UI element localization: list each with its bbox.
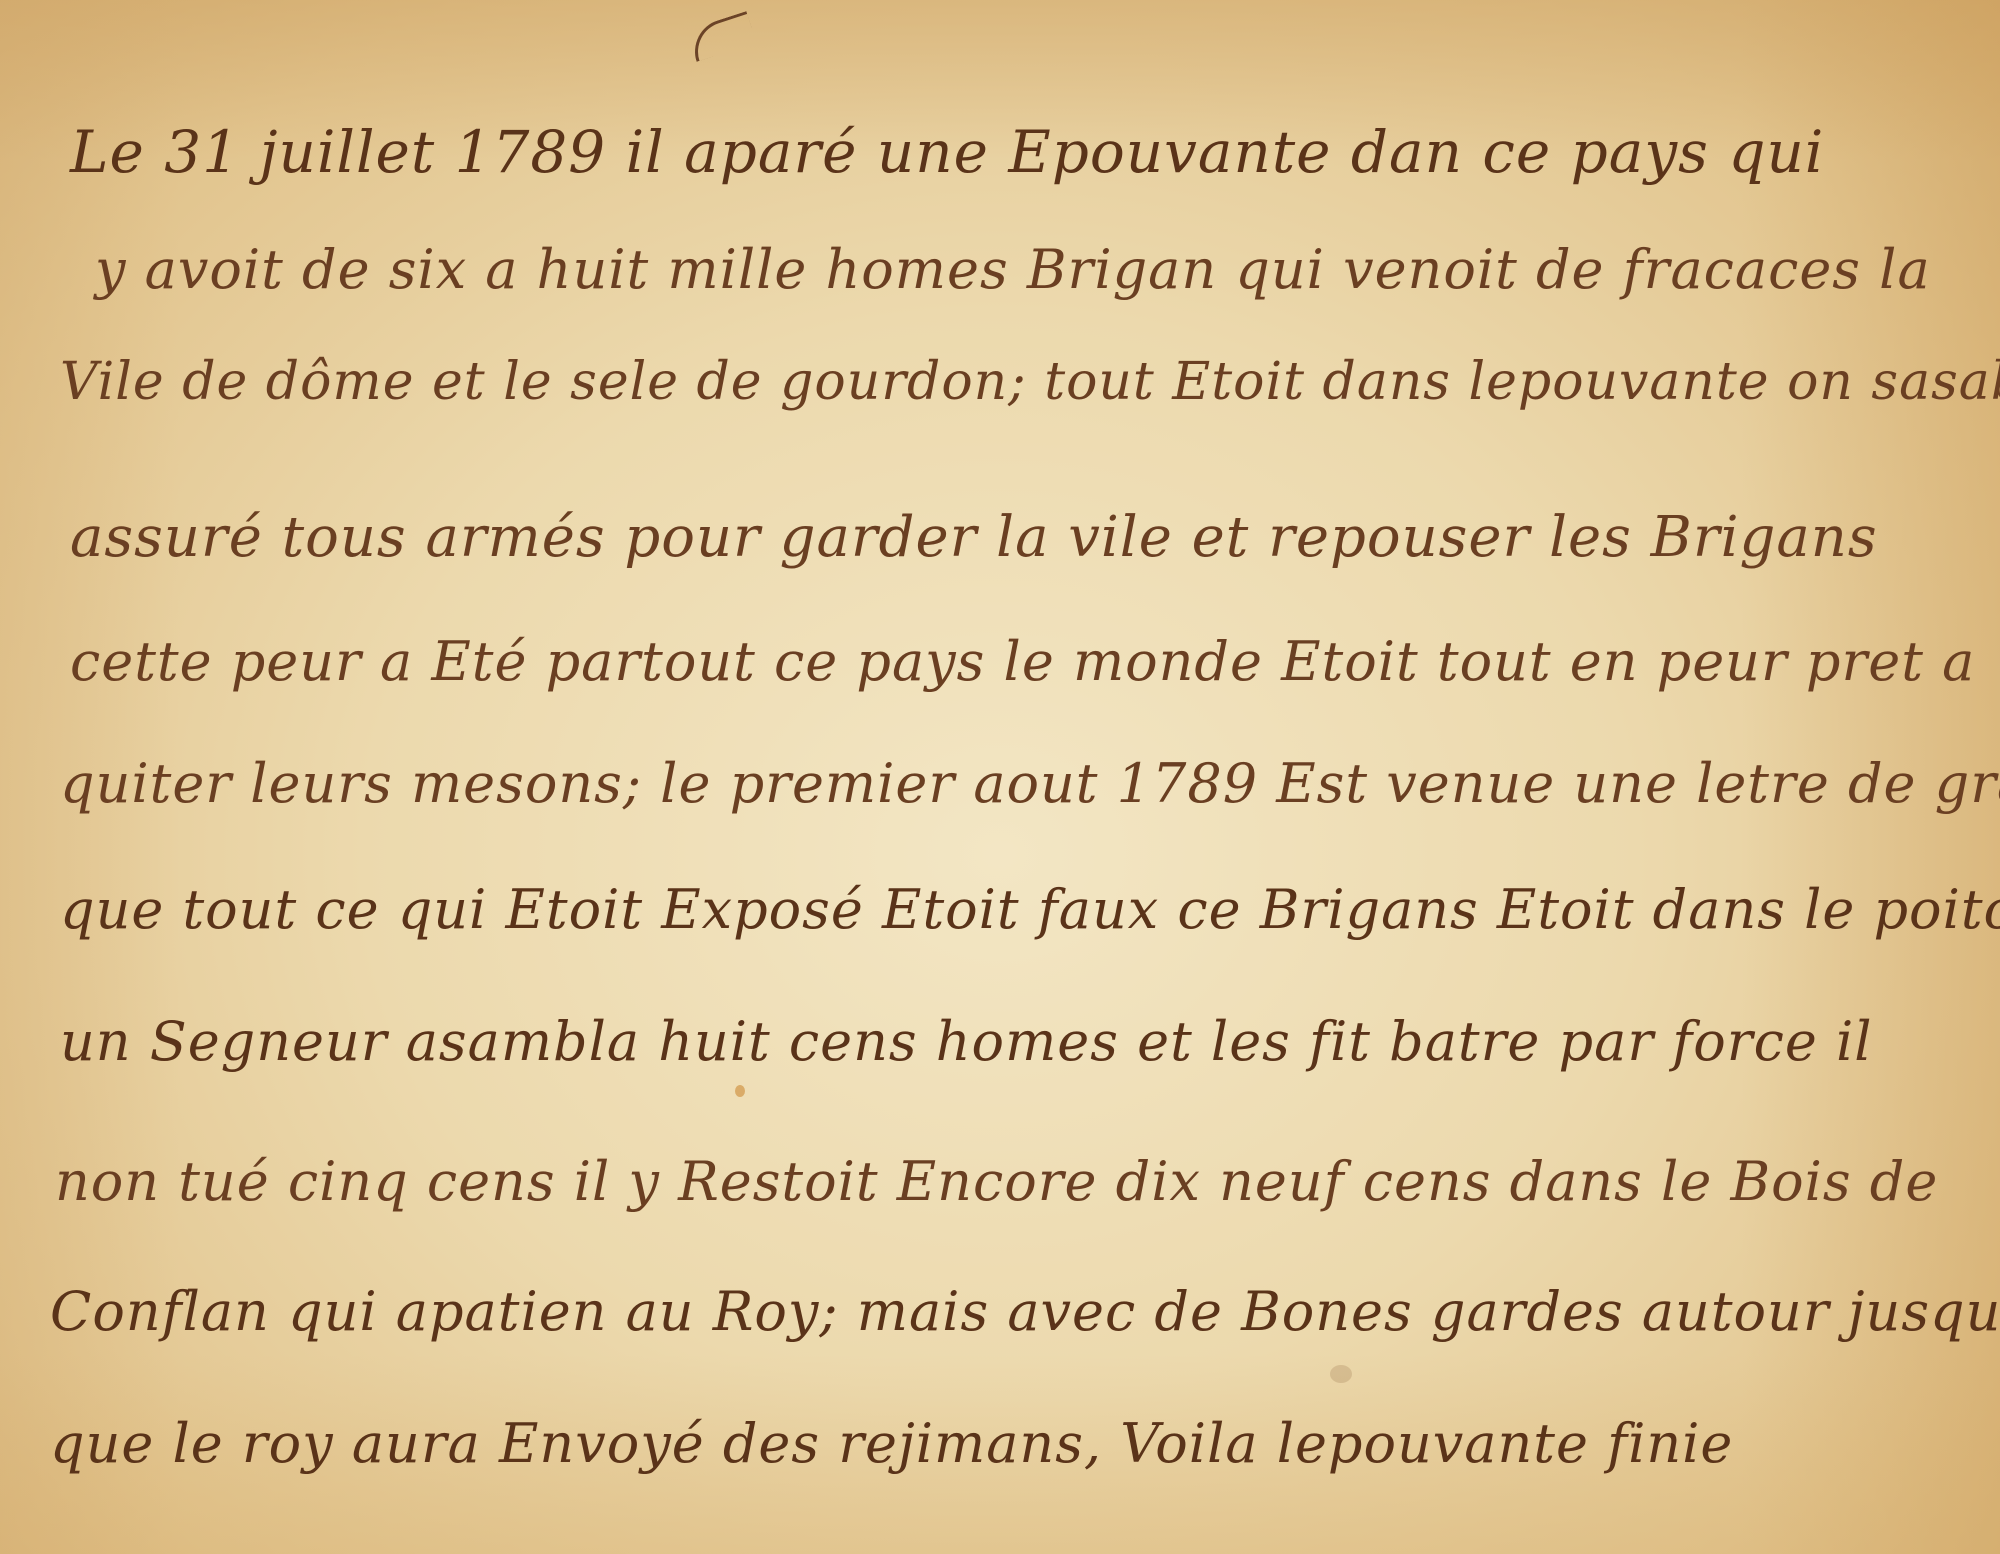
manuscript-line-6: quiter leurs mesons; le premier aout 178… [60,752,2000,815]
manuscript-line-8: un Segneur asambla huit cens homes et le… [60,1010,1873,1073]
manuscript-line-10: Conflan qui apatien au Roy; mais avec de… [50,1280,2000,1343]
manuscript-line-9: non tué cinq cens il y Restoit Encore di… [55,1150,1938,1213]
manuscript-line-5: cette peur a Eté partout ce pays le mond… [70,630,1975,693]
manuscript-line-1: Le 31 juillet 1789 il aparé une Epouvant… [70,118,1824,186]
manuscript-page: Le 31 juillet 1789 il aparé une Epouvant… [0,0,2000,1554]
manuscript-line-11: que le roy aura Envoyé des rejimans, Voi… [50,1412,1733,1475]
water-spot [1330,1365,1352,1383]
ink-spot [735,1085,745,1097]
pen-flourish [686,11,756,62]
manuscript-line-2: y avoit de six a huit mille homes Brigan… [95,238,1931,301]
manuscript-line-7: que tout ce qui Etoit Exposé Etoit faux … [60,878,2000,941]
manuscript-line-3: Vile de dôme et le sele de gourdon; tout… [60,352,2000,412]
manuscript-line-4: assuré tous armés pour garder la vile et… [70,505,1878,570]
